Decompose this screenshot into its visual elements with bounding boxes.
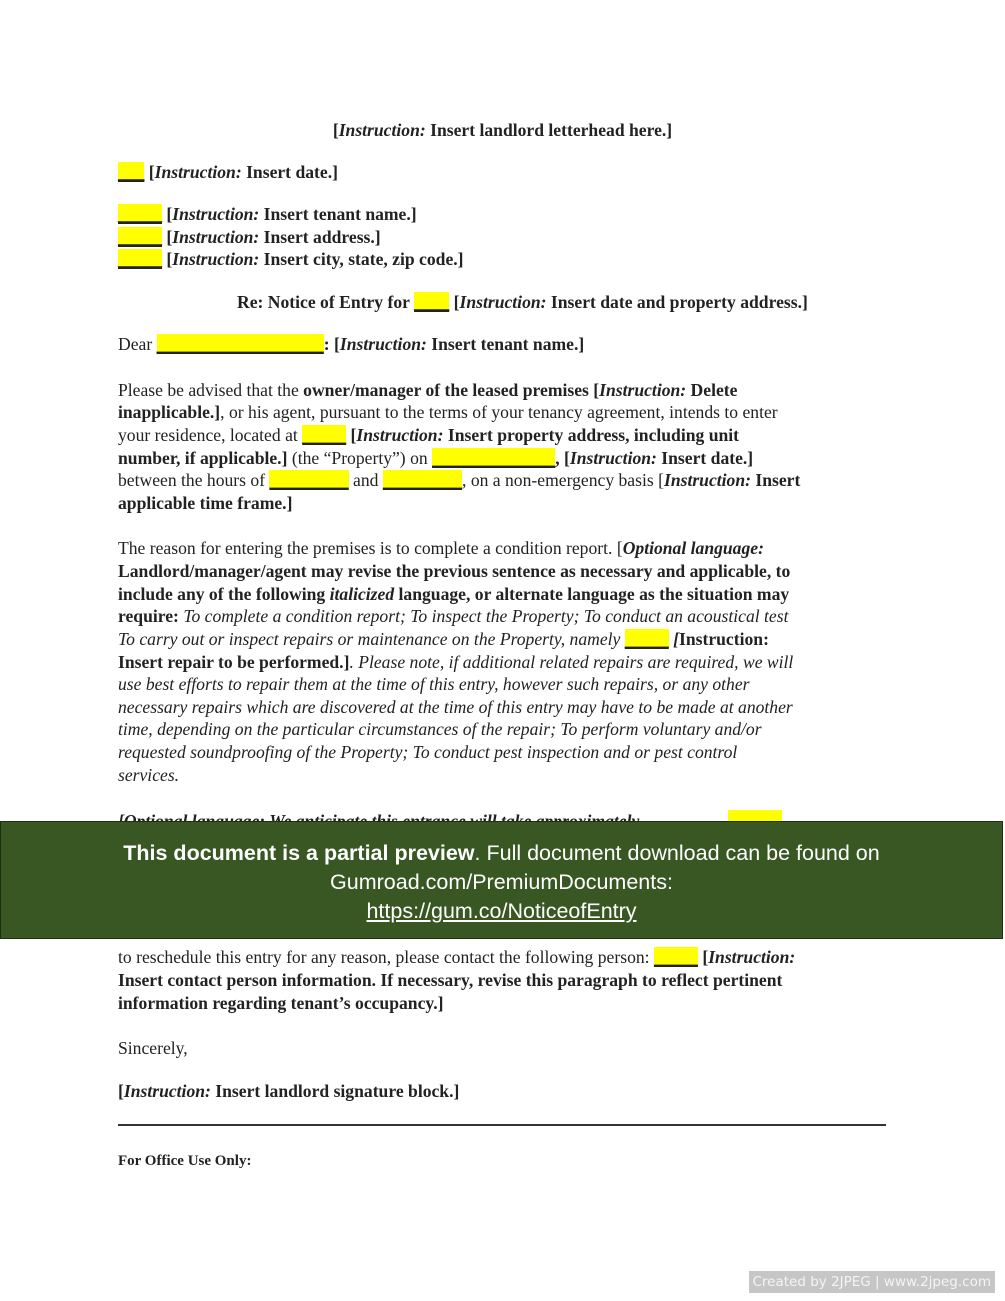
- watermark: Created by 2JPEG | www.2jpeg.com: [749, 1271, 996, 1293]
- text: Please be advised that the: [118, 380, 303, 400]
- para1-line5: between the hours of _________ and _____…: [118, 469, 800, 492]
- address-line: _____ [Instruction: Insert address.]: [118, 226, 381, 249]
- instruction-text: Insert tenant name.]: [259, 204, 416, 224]
- para1-line4: number, if applicable.] (the “Property”)…: [118, 447, 753, 470]
- instruction-label: Instruction:: [356, 425, 443, 445]
- para2-line3: include any of the following italicized …: [118, 583, 789, 606]
- tenant-name-line: _____ [Instruction: Insert tenant name.]: [118, 203, 417, 226]
- text: Delete: [686, 380, 737, 400]
- instruction-text: Insert tenant name.]: [427, 334, 584, 354]
- para2-line9: time, depending on the particular circum…: [118, 718, 762, 741]
- preview-banner: This document is a partial preview. Full…: [0, 821, 1003, 939]
- instruction-label: Instruction:: [570, 448, 657, 468]
- text: The reason for entering the premises is …: [118, 538, 623, 558]
- signature-instruction: [Instruction: Insert landlord signature …: [118, 1080, 459, 1103]
- re-prefix: Re: Notice of Entry for: [237, 292, 414, 312]
- contact-person-blank[interactable]: _____: [654, 947, 698, 967]
- text: language, or alternate language as the s…: [394, 584, 789, 604]
- instruction-label: Instruction:: [124, 1081, 211, 1101]
- banner-bold-text: This document is a partial preview: [123, 841, 474, 865]
- instruction-label: Instruction:: [155, 162, 242, 182]
- date-blank[interactable]: ___: [118, 162, 144, 182]
- banner-line2: Gumroad.com/PremiumDocuments:: [1, 868, 1002, 897]
- optional-label: Optional language:: [623, 538, 764, 558]
- text: [: [698, 947, 708, 967]
- entry-date-blank[interactable]: ______________: [432, 448, 555, 468]
- para1-line3: your residence, located at _____ [Instru…: [118, 424, 739, 447]
- re-blank[interactable]: ____: [414, 292, 449, 312]
- para4-line1: to reschedule this entry for any reason,…: [118, 946, 795, 969]
- instruction-label: Instruction:: [172, 227, 259, 247]
- text: Insert property address, including unit: [443, 425, 739, 445]
- address-blank[interactable]: _____: [118, 227, 162, 247]
- para4-line3: information regarding tenant’s occupancy…: [118, 992, 443, 1015]
- text: inapplicable.]: [118, 402, 220, 422]
- para2-line7: use best efforts to repair them at the t…: [118, 673, 750, 696]
- city-state-zip-line: _____ [Instruction: Insert city, state, …: [118, 248, 464, 271]
- text: your residence, located at: [118, 425, 302, 445]
- instruction-label: Instruction:: [172, 204, 259, 224]
- text: Insert repair to be performed.]: [118, 652, 349, 672]
- text: To complete a condition report; To inspe…: [179, 606, 789, 626]
- para2-line6: Insert repair to be performed.]. Please …: [118, 651, 793, 674]
- office-use-label: For Office Use Only:: [118, 1150, 251, 1173]
- city-state-zip-blank[interactable]: _____: [118, 249, 162, 269]
- text: Insert date.]: [657, 448, 753, 468]
- text: Insert: [751, 470, 800, 490]
- para2-line11: services.: [118, 764, 179, 787]
- salutation: Dear ___________________: [Instruction: …: [118, 333, 584, 356]
- text: number, if applicable.]: [118, 448, 287, 468]
- text: , [: [555, 448, 570, 468]
- para4-line2: Insert contact person information. If ne…: [118, 969, 782, 992]
- text: and: [349, 470, 383, 490]
- para2-line8: necessary repairs which are discovered a…: [118, 696, 793, 719]
- text: italicized: [330, 584, 395, 604]
- text: between the hours of: [118, 470, 269, 490]
- instruction-text: Insert date.]: [242, 162, 338, 182]
- text: [: [669, 629, 679, 649]
- text: . Please note, if additional related rep…: [349, 652, 793, 672]
- closing: Sincerely,: [118, 1037, 188, 1060]
- start-hour-blank[interactable]: _________: [269, 470, 348, 490]
- para2-line4: require: To complete a condition report;…: [118, 605, 788, 628]
- re-line: Re: Notice of Entry for ____ [Instructio…: [237, 291, 808, 314]
- instruction-text: Insert landlord letterhead here.]: [426, 120, 672, 140]
- text: [: [346, 425, 356, 445]
- instruction-text: Insert city, state, zip code.]: [259, 249, 463, 269]
- instruction-label: Instruction:: [679, 629, 769, 649]
- end-hour-blank[interactable]: _________: [383, 470, 462, 490]
- instruction-label: Instruction:: [172, 249, 259, 269]
- download-link[interactable]: https://gum.co/NoticeofEntry: [366, 899, 636, 923]
- instruction-text: Insert address.]: [259, 227, 380, 247]
- tenant-name-blank[interactable]: _____: [118, 204, 162, 224]
- instruction-label: Instruction:: [339, 120, 426, 140]
- instruction-label: Instruction:: [599, 380, 686, 400]
- para1-line1: Please be advised that the owner/manager…: [118, 379, 737, 402]
- instruction-label: Instruction:: [664, 470, 751, 490]
- text: owner/manager of the leased premises [: [303, 380, 599, 400]
- text: (the “Property”) on: [287, 448, 432, 468]
- signature-rule: [118, 1124, 886, 1126]
- property-address-blank[interactable]: _____: [302, 425, 346, 445]
- instruction-text: Insert landlord signature block.]: [211, 1081, 459, 1101]
- letterhead-instruction: [Instruction: Insert landlord letterhead…: [0, 119, 1005, 142]
- salutation-blank[interactable]: ___________________: [157, 334, 324, 354]
- instruction-label: Instruction:: [708, 947, 795, 967]
- banner-line1: This document is a partial preview. Full…: [1, 839, 1002, 868]
- instruction-label: Instruction:: [340, 334, 427, 354]
- instruction-label: Instruction:: [459, 292, 546, 312]
- instruction-text: Insert date and property address.]: [547, 292, 808, 312]
- date-line: ___ [Instruction: Insert date.]: [118, 161, 338, 184]
- text: include any of the following: [118, 584, 330, 604]
- text: , on a non-emergency basis [: [462, 470, 664, 490]
- document-page: [Instruction: Insert landlord letterhead…: [0, 0, 1005, 1301]
- text: , or his agent, pursuant to the terms of…: [220, 402, 777, 422]
- banner-text: . Full document download can be found on: [475, 841, 880, 865]
- para1-line6: applicable time frame.]: [118, 492, 292, 515]
- salutation-prefix: Dear: [118, 334, 157, 354]
- text: to reschedule this entry for any reason,…: [118, 947, 654, 967]
- para2-line1: The reason for entering the premises is …: [118, 537, 764, 560]
- para2-line10: requested soundproofing of the Property;…: [118, 741, 737, 764]
- para2-line2: Landlord/manager/agent may revise the pr…: [118, 560, 790, 583]
- repair-blank[interactable]: _____: [625, 629, 669, 649]
- para1-line2: inapplicable.], or his agent, pursuant t…: [118, 401, 778, 424]
- text: require:: [118, 606, 179, 626]
- text: To carry out or inspect repairs or maint…: [118, 629, 625, 649]
- para2-line5: To carry out or inspect repairs or maint…: [118, 628, 769, 651]
